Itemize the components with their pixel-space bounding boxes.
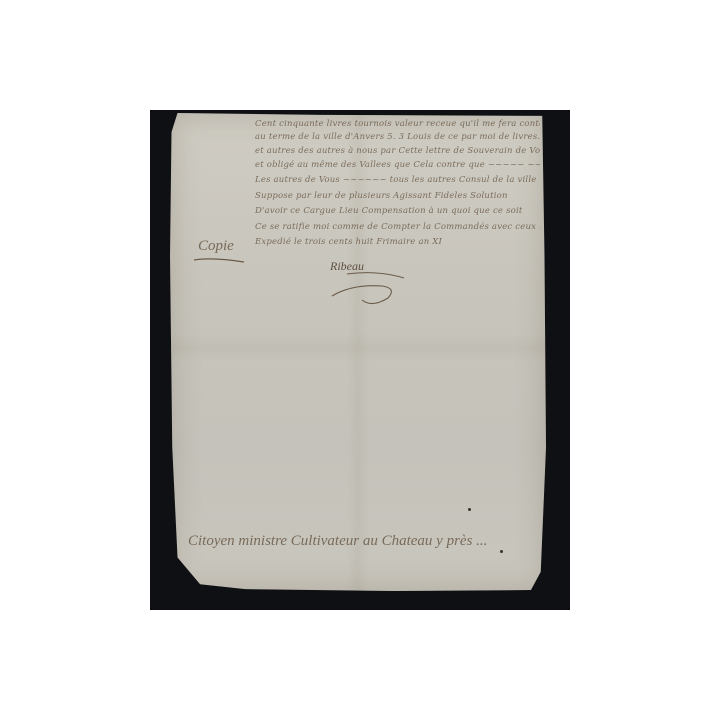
paper-stain bbox=[468, 508, 471, 511]
manuscript-line: Ce se ratifie moi comme de Compter la Co… bbox=[255, 222, 540, 232]
manuscript-line: Suppose par leur de plusieurs Agissant F… bbox=[255, 191, 540, 201]
manuscript-line: et autres des autres à nous par Cette le… bbox=[255, 146, 540, 156]
manuscript-line: au terme de la ville d'Anvers 5. 3 Louis… bbox=[255, 132, 540, 142]
margin-note-copie: Copie bbox=[198, 238, 234, 255]
manuscript-line: et obligé au même des Vallees que Cela c… bbox=[255, 160, 540, 170]
manuscript-page: Cent cinquante livres tournois valeur re… bbox=[170, 113, 546, 591]
manuscript-line: D'avoir ce Cargue Lieu Compensation à un… bbox=[255, 206, 540, 216]
signature-paraph-icon: Ribeau bbox=[322, 256, 417, 306]
manuscript-line: Les autres de Vous ~~~~~~ tous les autre… bbox=[255, 175, 540, 185]
signature-text: Ribeau bbox=[329, 259, 364, 273]
flourish-underline-icon bbox=[192, 256, 247, 266]
manuscript-line: Cent cinquante livres tournois valeur re… bbox=[255, 119, 540, 129]
paper-stain bbox=[500, 550, 503, 553]
manuscript-line: Expedié le trois cents huit Frimaire an … bbox=[255, 237, 455, 247]
bottom-inscription: Citoyen ministre Cultivateur au Chateau … bbox=[188, 533, 487, 550]
